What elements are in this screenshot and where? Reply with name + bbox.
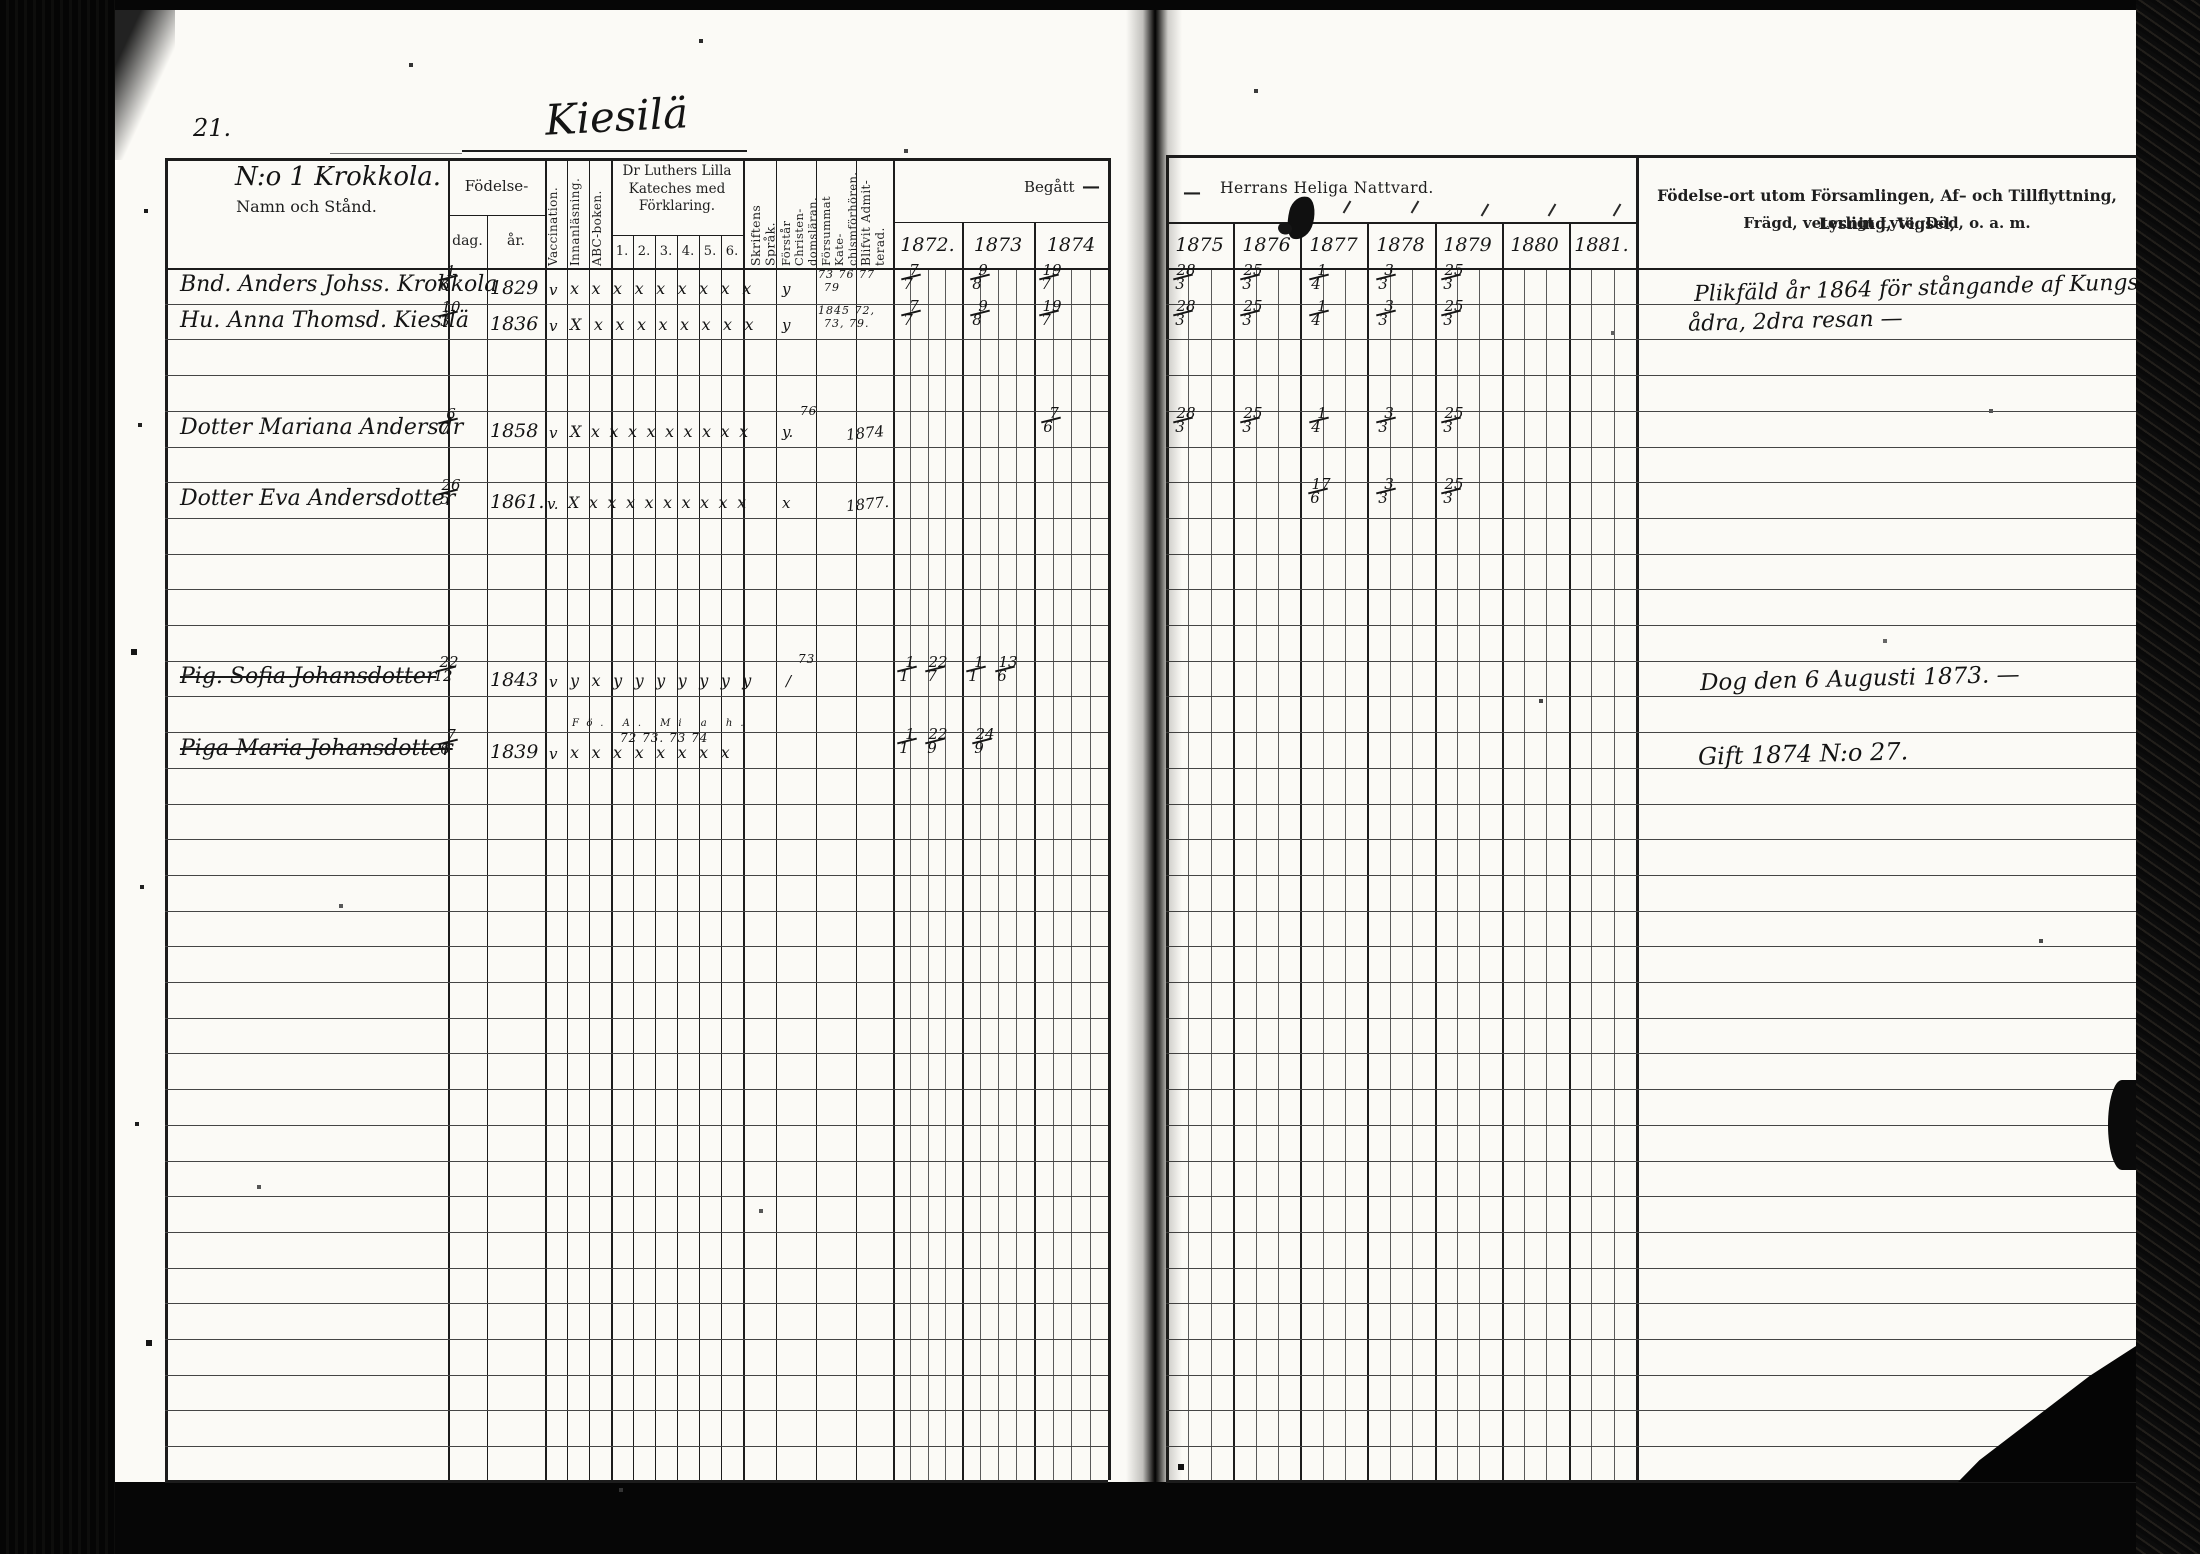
entry-birth-day: 76 bbox=[438, 728, 458, 757]
grid-line bbox=[1166, 375, 2136, 376]
grid-line bbox=[165, 1375, 1108, 1376]
torn-page-edge bbox=[2108, 1080, 2136, 1170]
entry-reading-marks: Xxxxxxxxxx bbox=[568, 493, 756, 512]
communion-dash-right: — bbox=[1183, 182, 1201, 203]
entry-missed-years-note: 79 bbox=[824, 281, 840, 294]
communion-dash-left: — bbox=[1082, 176, 1100, 197]
entry-birth-day: 2212 bbox=[436, 655, 456, 684]
grid-line bbox=[165, 268, 1108, 270]
missed-catechism-column-header: Försummat Kate- chismförhören. bbox=[820, 160, 854, 266]
catechism-group-header: Dr Luthers Lilla Kateches med Förklaring… bbox=[613, 163, 741, 216]
entry-vaccination-mark: v bbox=[549, 317, 557, 335]
catechism-subcol-1: 1. bbox=[611, 244, 633, 259]
entry-understands-year-note: 73 bbox=[798, 652, 815, 666]
grid-line bbox=[776, 158, 777, 1480]
entry-name: Pig. Sofia Johansdotter bbox=[180, 664, 436, 689]
grid-line bbox=[1166, 1375, 2136, 1376]
communion-date-1878: 33 bbox=[1376, 299, 1396, 328]
grid-line bbox=[165, 518, 1108, 519]
admitted-column-header: Blifvit Admit- terad. bbox=[860, 162, 892, 266]
grid-line bbox=[165, 982, 1108, 983]
entry-birth-day: 16 bbox=[438, 264, 458, 293]
entry-catechism-years-note: 72 73. 73 74 bbox=[620, 731, 708, 745]
grid-line bbox=[165, 339, 1108, 340]
grid-line bbox=[1166, 946, 2136, 947]
year-header-1873: 1873 bbox=[962, 230, 1034, 260]
reading-column-header: Innanläsning. bbox=[569, 162, 583, 266]
grid-line bbox=[1166, 839, 2136, 840]
communion-date-1872: 11 bbox=[897, 655, 917, 684]
school-heading: N:o 1 Krokkola. bbox=[235, 162, 441, 192]
grid-line bbox=[165, 946, 1108, 947]
entry-birth-year: 1858 bbox=[490, 420, 538, 442]
grid-line bbox=[165, 1161, 1108, 1162]
village-title: Kiesilä bbox=[544, 88, 689, 144]
grid-line bbox=[1166, 696, 2136, 697]
entry-birth-year: 1836 bbox=[490, 313, 538, 335]
grid-line bbox=[1636, 155, 1639, 1480]
year-header-1878: 1878 bbox=[1367, 230, 1434, 260]
communion-date-1874: 76 bbox=[1041, 406, 1061, 435]
communion-date-1877: 14 bbox=[1309, 299, 1329, 328]
grid-line bbox=[165, 554, 1108, 555]
grid-line bbox=[165, 589, 1108, 590]
scan-edge-left bbox=[0, 0, 115, 1554]
grid-line bbox=[1166, 1053, 2136, 1054]
year-header-1874: 1874 bbox=[1034, 230, 1108, 260]
entry-vaccination-mark: v. bbox=[547, 495, 558, 513]
entry-missed-years-note: 73, 79. bbox=[824, 317, 869, 330]
entry-understands-mark: / bbox=[786, 672, 791, 690]
page-corner-shadow bbox=[115, 10, 175, 160]
grid-line bbox=[330, 153, 462, 154]
entry-reading-marks: xxxxxxxxx bbox=[570, 279, 764, 298]
grid-line bbox=[1166, 911, 2136, 912]
entry-vaccination-mark: v bbox=[549, 673, 557, 691]
page-number: 21. bbox=[193, 114, 231, 142]
grid-line bbox=[165, 1410, 1108, 1411]
entry-birth-day: 265 bbox=[438, 478, 458, 507]
communion-left-label: Begått bbox=[1024, 178, 1075, 196]
name-column-header: Namn och Stånd. bbox=[165, 197, 448, 216]
grid-line bbox=[1166, 1018, 2136, 1019]
entry-teacher-note: Fö. A. Mi a h. bbox=[572, 718, 752, 729]
grid-line bbox=[165, 375, 1108, 376]
communion-date-1874: 197 bbox=[1039, 263, 1059, 292]
grid-line bbox=[165, 1232, 1108, 1233]
grid-line bbox=[1166, 625, 2136, 626]
communion-date-1873: 98 bbox=[970, 263, 990, 292]
entry-reading-marks: Xxxxxxxxx bbox=[570, 315, 766, 334]
grid-line bbox=[611, 158, 613, 1480]
grid-line bbox=[1166, 982, 2136, 983]
scripture-language-column-header: Skriftens Språk. bbox=[749, 162, 778, 266]
communion-right-label: Herrans Heliga Nattvard. bbox=[1220, 179, 1434, 197]
grid-line bbox=[1166, 1268, 2136, 1269]
grid-line bbox=[545, 158, 547, 1480]
catechism-subcol-6: 6. bbox=[721, 244, 743, 259]
entry-understands-mark: y. bbox=[782, 423, 793, 441]
notes-column-header-line2: Frägd, veterligt Lyte, Död, o. a. m. bbox=[1642, 210, 2132, 237]
grid-line bbox=[165, 768, 1108, 769]
grid-line bbox=[165, 1196, 1108, 1197]
communion-date-1877: 14 bbox=[1309, 263, 1329, 292]
grid-line bbox=[1166, 1089, 2136, 1090]
entry-birth-year: 1861. bbox=[490, 491, 544, 513]
communion-date-1872: 77 bbox=[901, 299, 921, 328]
communion-date-1873: 98 bbox=[970, 299, 990, 328]
grid-line bbox=[165, 1089, 1108, 1090]
entry-name: Hu. Anna Thomsd. Kiesilä bbox=[180, 308, 469, 333]
grid-line bbox=[1166, 1410, 2136, 1411]
grid-line bbox=[1166, 732, 2136, 733]
grid-line bbox=[1108, 158, 1111, 1480]
grid-line bbox=[1166, 1303, 2136, 1304]
birth-group-header: Födelse- bbox=[448, 177, 545, 195]
grid-line bbox=[1166, 1232, 2136, 1233]
communion-date-1876: 253 bbox=[1240, 263, 1260, 292]
communion-date-1873: 249 bbox=[972, 727, 992, 756]
communion-date-1877: 176 bbox=[1308, 477, 1328, 506]
grid-line bbox=[1166, 447, 2136, 448]
grid-line bbox=[448, 215, 545, 216]
grid-line bbox=[567, 158, 568, 1480]
communion-date-1878: 33 bbox=[1376, 406, 1396, 435]
scan-edge-right bbox=[2136, 0, 2200, 1554]
communion-date-1878: 33 bbox=[1376, 263, 1396, 292]
entry-name: Dotter Mariana Andersdr bbox=[180, 415, 463, 440]
note-married: Gift 1874 N:o 27. bbox=[1698, 737, 1909, 770]
communion-date-1874: 197 bbox=[1039, 299, 1059, 328]
book-binding-shadow bbox=[1126, 10, 1182, 1482]
communion-date-1878: 33 bbox=[1376, 477, 1396, 506]
entry-reading-marks: Xxxxxxxxxx bbox=[570, 422, 758, 441]
birth-year-header: år. bbox=[487, 233, 545, 249]
communion-date-1872: 229 bbox=[925, 727, 945, 756]
grid-line bbox=[165, 1125, 1108, 1126]
entry-missed-years-note: 73 76 77 bbox=[818, 268, 875, 281]
catechism-subcol-2: 2. bbox=[633, 244, 655, 259]
year-header-1879: 1879 bbox=[1434, 230, 1501, 260]
grid-line bbox=[1166, 554, 2136, 555]
grid-line bbox=[1166, 1196, 2136, 1197]
grid-line bbox=[1166, 589, 2136, 590]
grid-line bbox=[1166, 339, 2136, 340]
vaccination-column-header: Vaccination. bbox=[547, 162, 561, 266]
entry-understands-mark: x bbox=[782, 494, 790, 512]
entry-understands-mark: y bbox=[782, 316, 790, 334]
grid-line bbox=[165, 696, 1108, 697]
entry-birth-day: 103 bbox=[438, 300, 458, 329]
grid-line bbox=[1166, 1339, 2136, 1340]
entry-birth-year: 1839 bbox=[490, 741, 538, 763]
entry-birth-day: 67 bbox=[438, 407, 458, 436]
grid-line bbox=[589, 158, 590, 1480]
entry-understands-year-note: 76 bbox=[800, 404, 817, 418]
grid-line bbox=[856, 158, 857, 1480]
entry-understands-mark: y bbox=[782, 280, 790, 298]
grid-line bbox=[165, 1268, 1108, 1269]
grid-line bbox=[165, 839, 1108, 840]
communion-date-1879: 253 bbox=[1441, 406, 1461, 435]
communion-date-1872: 227 bbox=[925, 655, 945, 684]
entry-reading-marks: xxxxxxxx bbox=[570, 743, 742, 762]
birth-day-header: dag. bbox=[448, 233, 487, 249]
communion-date-1872: 11 bbox=[897, 727, 917, 756]
grid-line bbox=[165, 911, 1108, 912]
catechism-subcol-3: 3. bbox=[655, 244, 677, 259]
grid-line bbox=[1166, 1446, 2136, 1447]
communion-date-1876: 253 bbox=[1240, 406, 1260, 435]
scanned-register-spread: 21. Kiesilä N:o 1 Krokkola. Namn och Stå… bbox=[0, 0, 2200, 1554]
entry-vaccination-mark: v bbox=[549, 281, 557, 299]
grid-line bbox=[165, 1446, 1108, 1447]
grid-line bbox=[165, 804, 1108, 805]
grid-line bbox=[1166, 222, 1636, 224]
entry-missed-years-note: 1845 72, bbox=[818, 304, 875, 317]
grid-line bbox=[1166, 1161, 2136, 1162]
year-header-1877: 1877 bbox=[1300, 230, 1367, 260]
communion-date-1876: 253 bbox=[1240, 299, 1260, 328]
grid-line bbox=[165, 1480, 1108, 1483]
grid-line bbox=[1166, 1125, 2136, 1126]
grid-line bbox=[487, 215, 488, 1480]
year-header-1876: 1876 bbox=[1233, 230, 1300, 260]
year-header-1880: 1880 bbox=[1501, 230, 1568, 260]
communion-date-1879: 253 bbox=[1441, 299, 1461, 328]
grid-line bbox=[462, 150, 747, 152]
catechism-subcol-5: 5. bbox=[699, 244, 721, 259]
grid-line bbox=[165, 1303, 1108, 1304]
grid-line bbox=[1166, 875, 2136, 876]
understands-christianity-column-header: Förstår Christen- domsläran. bbox=[780, 160, 814, 266]
grid-line bbox=[165, 411, 1108, 412]
communion-date-1879: 253 bbox=[1441, 263, 1461, 292]
grid-line bbox=[165, 158, 168, 1480]
grid-line bbox=[165, 482, 1108, 483]
grid-line bbox=[165, 1018, 1108, 1019]
entry-name: Piga Maria Johansdotter bbox=[180, 736, 453, 761]
grid-line bbox=[816, 158, 817, 1480]
entry-birth-year: 1843 bbox=[490, 669, 538, 691]
catechism-subcol-4: 4. bbox=[677, 244, 699, 259]
grid-line bbox=[743, 158, 745, 1480]
communion-date-1873: 136 bbox=[995, 655, 1015, 684]
grid-line bbox=[1166, 661, 2136, 662]
grid-line bbox=[1166, 155, 2136, 158]
entry-birth-year: 1829 bbox=[490, 277, 538, 299]
grid-line bbox=[448, 158, 450, 1480]
communion-date-1872: 77 bbox=[901, 263, 921, 292]
grid-line bbox=[893, 222, 1108, 223]
communion-date-1877: 14 bbox=[1309, 406, 1329, 435]
entry-reading-marks: yxyyyyyyy bbox=[570, 671, 764, 690]
grid-line bbox=[165, 625, 1108, 626]
grid-line bbox=[611, 235, 743, 236]
grid-line bbox=[165, 1053, 1108, 1054]
grid-line bbox=[165, 158, 1108, 161]
grid-line bbox=[1166, 768, 2136, 769]
entry-vaccination-mark: v bbox=[549, 424, 557, 442]
year-header-1872: 1872. bbox=[893, 230, 962, 260]
grid-line bbox=[165, 447, 1108, 448]
abc-book-column-header: ABC-boken. bbox=[591, 162, 605, 266]
grid-line bbox=[165, 1339, 1108, 1340]
grid-line bbox=[1166, 518, 2136, 519]
grid-line bbox=[1166, 804, 2136, 805]
grid-line bbox=[165, 304, 1108, 305]
entry-vaccination-mark: v bbox=[549, 745, 557, 763]
entry-name: Dotter Eva Andersdotter bbox=[180, 486, 455, 511]
grid-line bbox=[893, 158, 895, 1480]
communion-date-1879: 253 bbox=[1441, 477, 1461, 506]
year-header-1881: 1881. bbox=[1568, 230, 1635, 260]
communion-date-1873: 11 bbox=[966, 655, 986, 684]
grid-line bbox=[165, 875, 1108, 876]
